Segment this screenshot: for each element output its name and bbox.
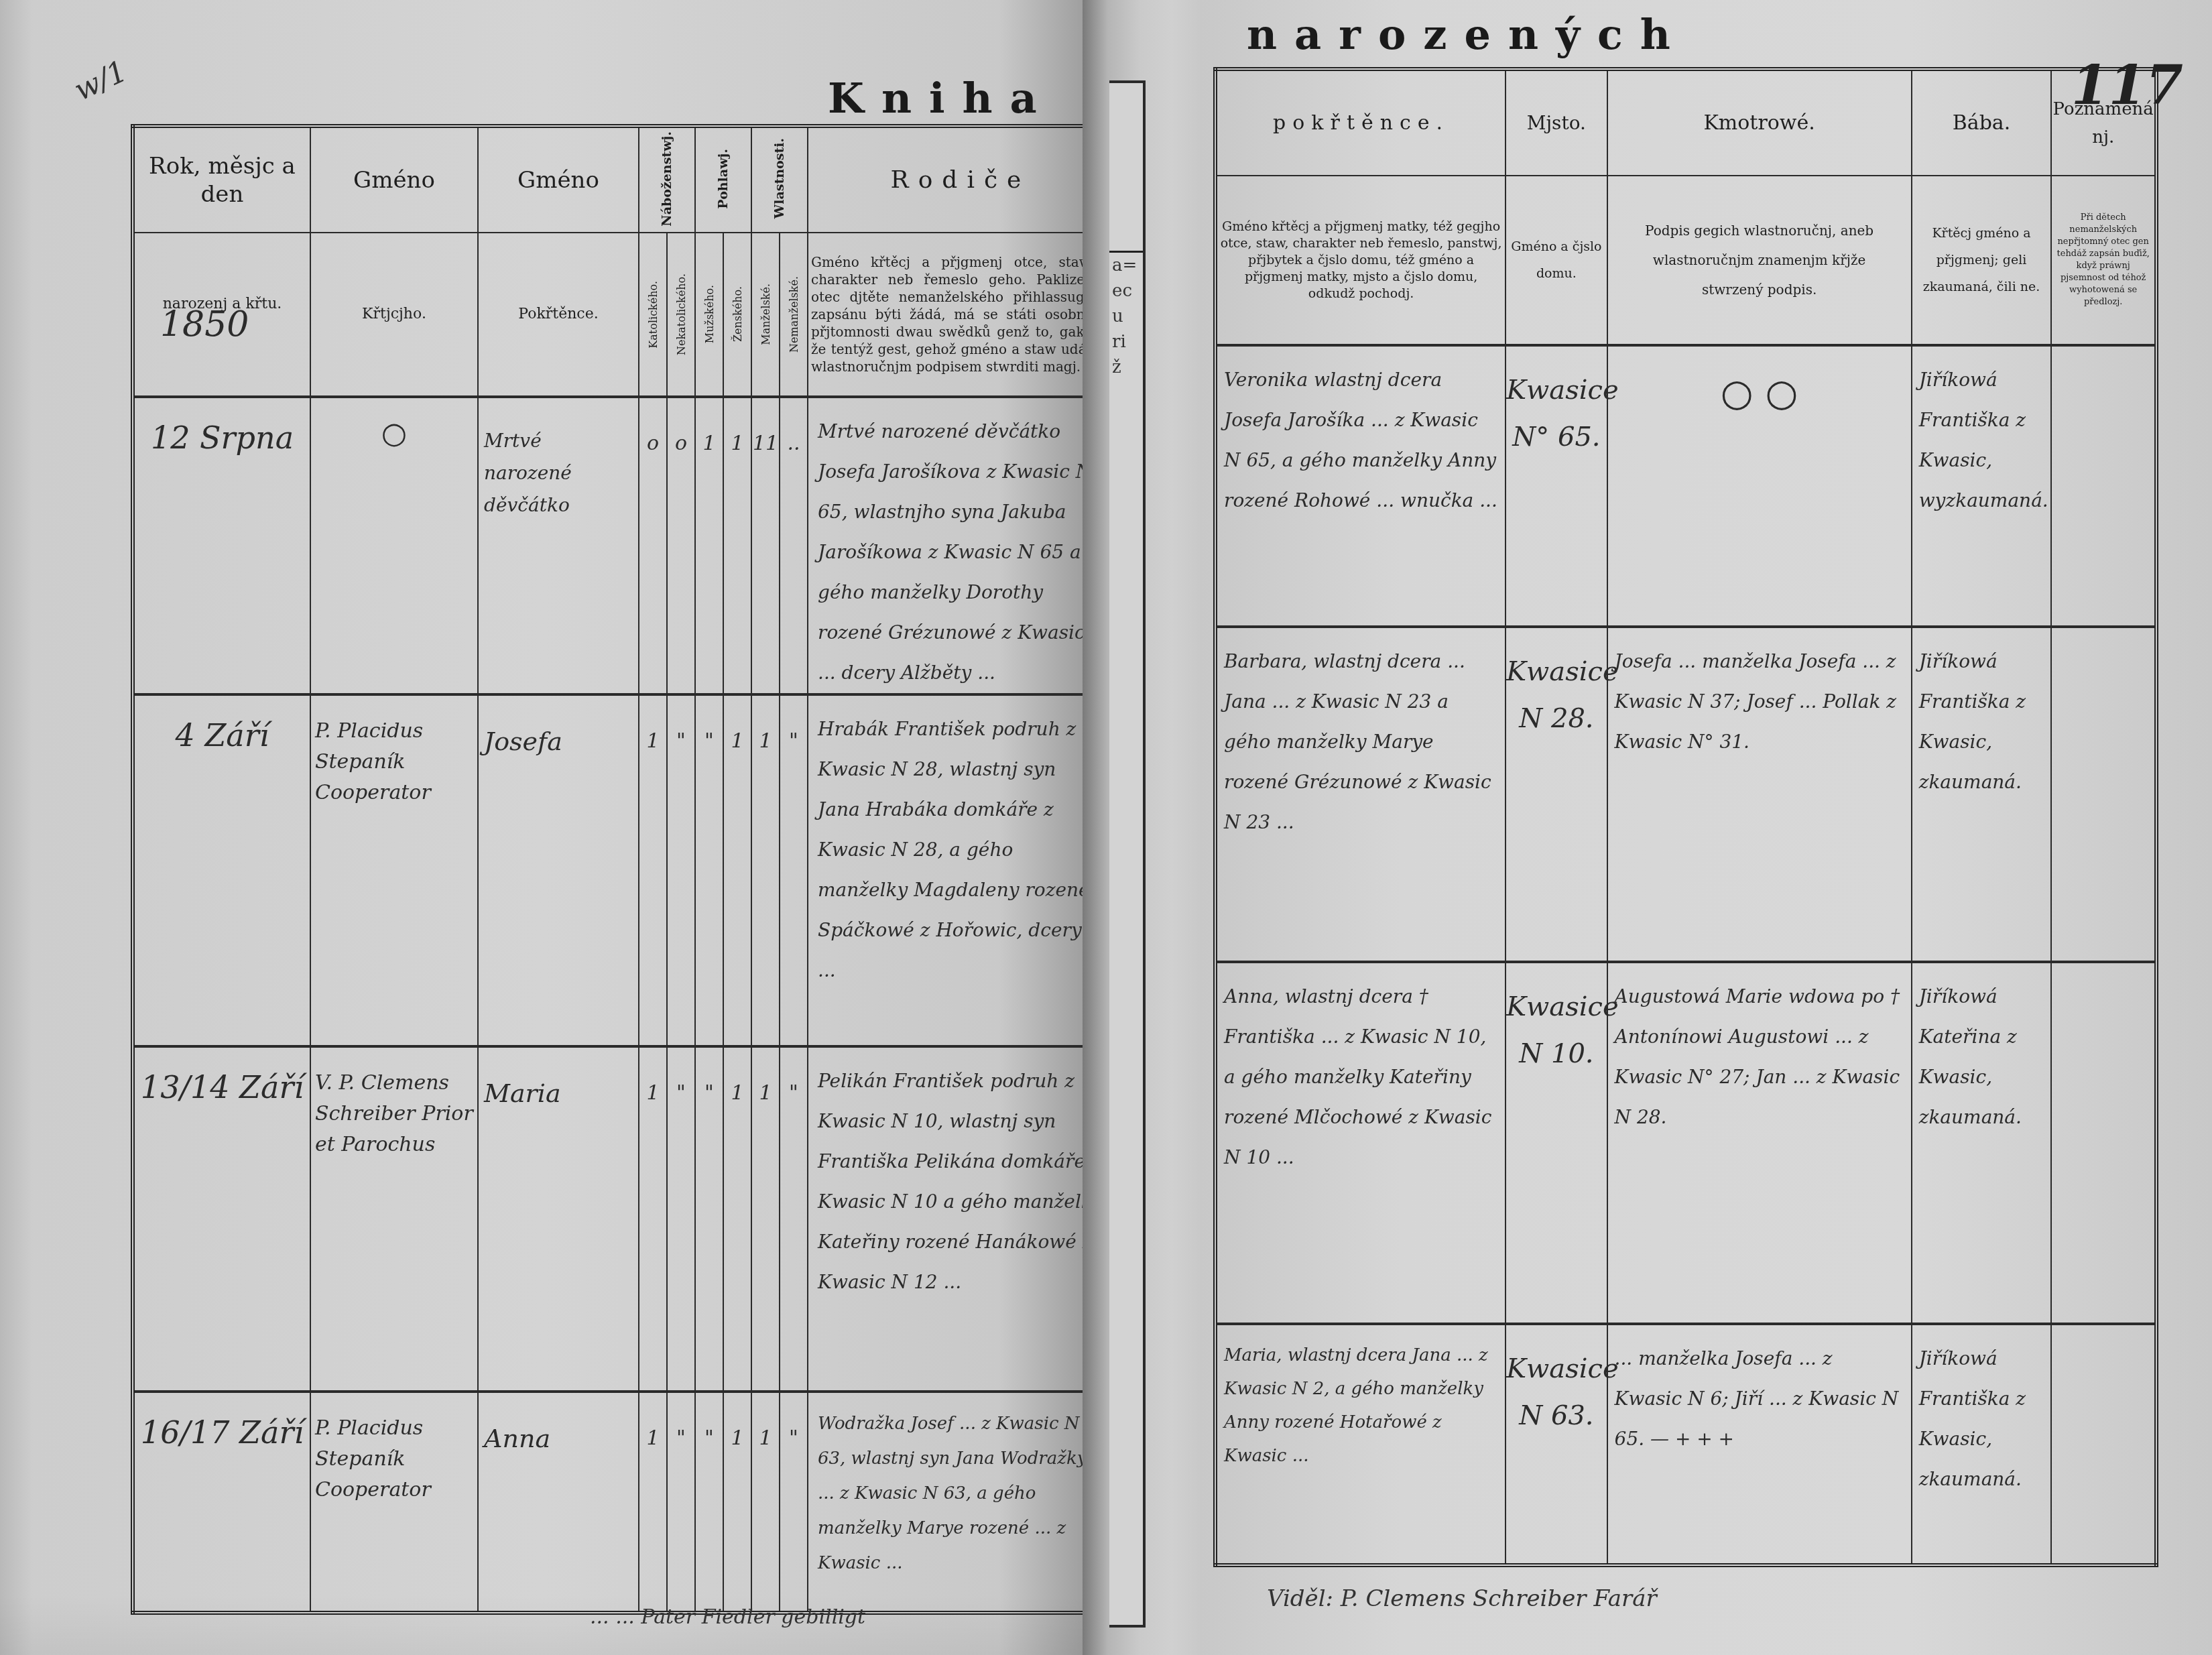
entry-notes <box>2051 627 2156 962</box>
entry-baptized-by: V. P. Clemens Schreiber Prior et Parochu… <box>310 1046 478 1392</box>
entry-baptized-by: ○ <box>310 397 478 694</box>
entry-godparents: ... manželka Josefa ... z Kwasic N 6; Ji… <box>1607 1324 1912 1565</box>
entry-place: Kwasice N° 65. <box>1506 345 1607 627</box>
subheader-place: Gméno a čjslo domu. <box>1506 176 1607 345</box>
entry-baptized-by: P. Placidus Stepaník Cooperator <box>310 1392 478 1613</box>
fragment-text: a= <box>1109 253 1143 278</box>
header-notes: Poznamenánj. <box>2051 69 2156 176</box>
tally-male: " <box>695 1392 723 1613</box>
entry-godparents: ○ ○ <box>1607 345 1912 627</box>
tally-female: 1 <box>723 1046 751 1392</box>
header-child-name: Gméno <box>478 126 639 233</box>
fragment-text: ž <box>1109 355 1143 380</box>
table-row: Veronika wlastnj dcera Josefa Jarošíka .… <box>1215 345 2156 627</box>
subheader-godparent: Křtjcjho. <box>310 233 478 397</box>
subheader-midwife: Křtěcj gméno a přjgmenj; geli zkaumaná, … <box>1912 176 2052 345</box>
entry-notes <box>2051 962 2156 1324</box>
tally-legitimate: 1 <box>751 1392 780 1613</box>
tally-illegitimate: " <box>780 1046 808 1392</box>
table-row: 13/14 Září V. P. Clemens Schreiber Prior… <box>133 1046 1115 1392</box>
table-row: Barbara, wlastnj dcera ... Jana ... z Kw… <box>1215 627 2156 962</box>
header-parents: Rodiče <box>808 126 1115 233</box>
entry-date: 12 Srpna <box>133 397 310 694</box>
tally-catholic: o <box>639 397 667 694</box>
entry-baptized-by: P. Placidus Stepaník Cooperator <box>310 694 478 1046</box>
entry-parents: Hrabák František podruh z Kwasic N 28, w… <box>808 694 1115 1046</box>
right-page: narozených 117 pokřtěnce. Mjsto. Kmotrow… <box>1200 0 2212 1655</box>
tally-male: " <box>695 694 723 1046</box>
register-table-left: Rok, měsjc a den Gméno Gméno Náboženstwj… <box>131 124 1117 1615</box>
subheader-legitimate: Manželské. <box>751 233 780 397</box>
entry-midwife: Jiříkowá Kateřina z Kwasic, zkaumaná. <box>1912 962 2052 1324</box>
header-sex: Pohlawj. <box>695 126 751 233</box>
subheader-date: narozenj a křtu. 1850 <box>133 233 310 397</box>
entry-place: Kwasice N 10. <box>1506 962 1607 1324</box>
entry-child-name: Anna <box>478 1392 639 1613</box>
fragment-text: ec <box>1109 278 1143 304</box>
tally-noncatholic: " <box>667 694 695 1046</box>
header-religion: Náboženstwj. <box>639 126 695 233</box>
entry-mother: Maria, wlastnj dcera Jana ... z Kwasic N… <box>1215 1324 1506 1565</box>
subheader-catholic: Katolického. <box>639 233 667 397</box>
entry-mother: Anna, wlastnj dcera † Františka ... z Kw… <box>1215 962 1506 1324</box>
entry-mother: Barbara, wlastnj dcera ... Jana ... z Kw… <box>1215 627 1506 962</box>
header-legitimacy: Wlastnosti. <box>751 126 808 233</box>
tally-illegitimate: " <box>780 694 808 1046</box>
tally-catholic: 1 <box>639 1392 667 1613</box>
header-godparents: Kmotrowé. <box>1607 69 1912 176</box>
tally-male: 1 <box>695 397 723 694</box>
entry-date: 4 Září <box>133 694 310 1046</box>
subheader-illegitimate: Nemanželské. <box>780 233 808 397</box>
fragment-text: ri <box>1109 329 1143 355</box>
subheader-child: Pokřtěnce. <box>478 233 639 397</box>
tally-legitimate: 1 <box>751 694 780 1046</box>
entry-midwife: Jiříkowá Františka z Kwasic, zkaumaná. <box>1912 1324 2052 1565</box>
tally-catholic: 1 <box>639 1046 667 1392</box>
subheader-notes: Při dětech nemanželských nepřjtomný otec… <box>2051 176 2156 345</box>
subheader-godparents: Podpis gegich wlastnoručnj, aneb wlastno… <box>1607 176 1912 345</box>
entry-child-name: Mrtvé narozené děvčátko <box>478 397 639 694</box>
tally-male: " <box>695 1046 723 1392</box>
entry-godparents: Augustowá Marie wdowa po † Antonínowi Au… <box>1607 962 1912 1324</box>
entry-place: Kwasice N 63. <box>1506 1324 1607 1565</box>
tally-noncatholic: o <box>667 397 695 694</box>
table-row: 12 Srpna ○ Mrtvé narozené děvčátko o o 1… <box>133 397 1115 694</box>
entry-notes <box>2051 1324 2156 1565</box>
fragment-text: u <box>1109 304 1143 329</box>
book-title-left: Kniha <box>828 74 1054 123</box>
header-godparent-name: Gméno <box>310 126 478 233</box>
entry-child-name: Maria <box>478 1046 639 1392</box>
subheader-parents: Gméno křtěcj a přjgmenj otce, staw a cha… <box>808 233 1115 397</box>
tally-catholic: 1 <box>639 694 667 1046</box>
entry-midwife: Jiříkowá Františka z Kwasic, zkaumaná. <box>1912 627 2052 962</box>
entry-mother: Veronika wlastnj dcera Josefa Jarošíka .… <box>1215 345 1506 627</box>
tally-legitimate: 1 <box>751 1046 780 1392</box>
header-place: Mjsto. <box>1506 69 1607 176</box>
tally-illegitimate: " <box>780 1392 808 1613</box>
tally-noncatholic: " <box>667 1392 695 1613</box>
table-row: Anna, wlastnj dcera † Františka ... z Kw… <box>1215 962 2156 1324</box>
year: 1850 <box>140 314 304 334</box>
subheader-female: Ženského. <box>723 233 751 397</box>
entry-date: 16/17 Září <box>133 1392 310 1613</box>
tally-female: 1 <box>723 1392 751 1613</box>
gutter-page-fragment: a= ec u ri ž <box>1109 80 1146 1628</box>
entry-midwife: Jiříkowá Františka z Kwasic, wyzkaumaná. <box>1912 345 2052 627</box>
header-date: Rok, měsjc a den <box>133 126 310 233</box>
page-shadow <box>0 1595 1086 1655</box>
footer-signature: Viděl: P. Clemens Schreiber Farář <box>1267 1585 1657 1612</box>
entry-parents: Mrtvé narozené děvčátko Josefa Jarošíkov… <box>808 397 1115 694</box>
entry-notes <box>2051 345 2156 627</box>
corner-ink-mark: w/1 <box>69 54 132 107</box>
subheader-male: Mužského. <box>695 233 723 397</box>
tally-female: 1 <box>723 397 751 694</box>
entry-godparents: Josefa ... manželka Josefa ... z Kwasic … <box>1607 627 1912 962</box>
header-mother: pokřtěnce. <box>1215 69 1506 176</box>
table-row: 4 Září P. Placidus Stepaník Cooperator J… <box>133 694 1115 1046</box>
tally-noncatholic: " <box>667 1046 695 1392</box>
subheader-noncatholic: Nekatolického. <box>667 233 695 397</box>
entry-place: Kwasice N 28. <box>1506 627 1607 962</box>
book-title-right: narozených <box>1247 10 1688 59</box>
book-gutter: a= ec u ri ž <box>1083 0 1210 1655</box>
subheader-mother: Gméno křtěcj a přjgmenj matky, též gegjh… <box>1215 176 1506 345</box>
entry-parents: Pelikán František podruh z Kwasic N 10, … <box>808 1046 1115 1392</box>
left-page: w/1 Kniha Rok, měsjc a den Gméno Gméno N… <box>0 0 1086 1655</box>
tally-female: 1 <box>723 694 751 1046</box>
register-table-right: pokřtěnce. Mjsto. Kmotrowé. Bába. Poznam… <box>1213 67 2158 1567</box>
tally-illegitimate: .. <box>780 397 808 694</box>
entry-parents: Wodražka Josef ... z Kwasic N 63, wlastn… <box>808 1392 1115 1613</box>
tally-legitimate: 11 <box>751 397 780 694</box>
table-row: 16/17 Září P. Placidus Stepaník Cooperat… <box>133 1392 1115 1613</box>
table-row: Maria, wlastnj dcera Jana ... z Kwasic N… <box>1215 1324 2156 1565</box>
entry-date: 13/14 Září <box>133 1046 310 1392</box>
entry-child-name: Josefa <box>478 694 639 1046</box>
header-midwife: Bába. <box>1912 69 2052 176</box>
